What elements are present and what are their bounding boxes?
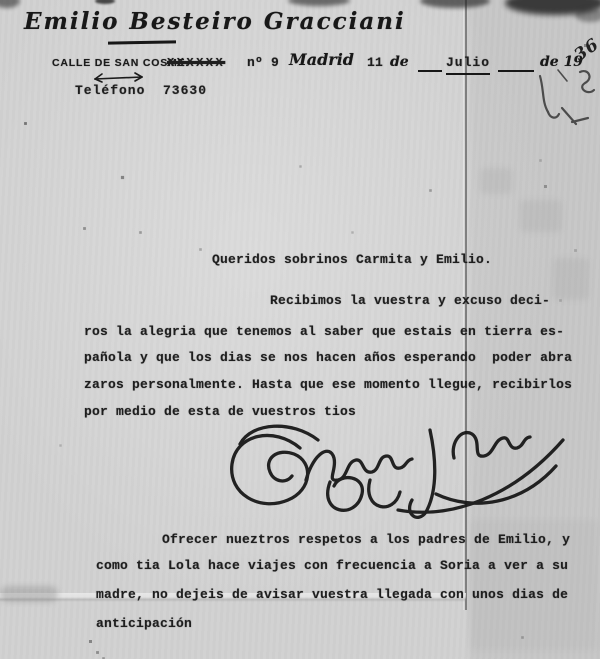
- signature-emilio-y-lola: [222, 418, 567, 526]
- street-crossed-out: XXXXXX: [167, 57, 225, 71]
- salutation: Queridos sobrinos Carmita y Emilio.: [212, 253, 492, 268]
- paper-stain: [520, 200, 562, 232]
- scan-smudge: [420, 0, 490, 8]
- body-line: madre, no dejeis de avisar vuestra llega…: [96, 588, 568, 603]
- phone-number: 73630: [163, 84, 207, 99]
- crease-smudge: [0, 586, 58, 602]
- date-month: Julio: [446, 56, 490, 75]
- scan-smudge: [0, 0, 20, 8]
- letterhead-underline: [108, 40, 176, 44]
- body-line: como tia Lola hace viajes con frecuencia…: [96, 559, 568, 574]
- date-day: 11: [367, 56, 383, 71]
- paper-stain: [553, 258, 589, 300]
- paper-stain: [480, 168, 512, 194]
- street-number: nº 9: [247, 56, 279, 71]
- body-line: Recibimos la vuestra y excuso deci-: [270, 294, 550, 309]
- phone-label: Teléfono: [75, 84, 145, 99]
- scan-smudge: [288, 0, 350, 6]
- body-line: anticipación: [96, 617, 192, 632]
- scanned-letter-page: Emilio Besteiro Gracciani CALLE DE SAN C…: [0, 0, 600, 659]
- pencil-scribble: [528, 68, 598, 133]
- city-script: Madrid: [289, 50, 354, 69]
- body-line: Ofrecer nueztros respetos a los padres d…: [162, 533, 570, 548]
- body-line: ros la alegria que tenemos al saber que …: [84, 325, 564, 340]
- scan-smudge: [95, 0, 115, 4]
- date-de-word: de: [390, 54, 409, 70]
- letterhead-name: Emilio Besteiro Gracciani: [24, 8, 406, 35]
- body-line: zaros personalmente. Hasta que ese momen…: [84, 378, 572, 393]
- date-blank-line: [418, 70, 442, 72]
- scan-smudge: [575, 8, 600, 22]
- body-line: pañola y que los dias se nos hacen años …: [84, 351, 572, 366]
